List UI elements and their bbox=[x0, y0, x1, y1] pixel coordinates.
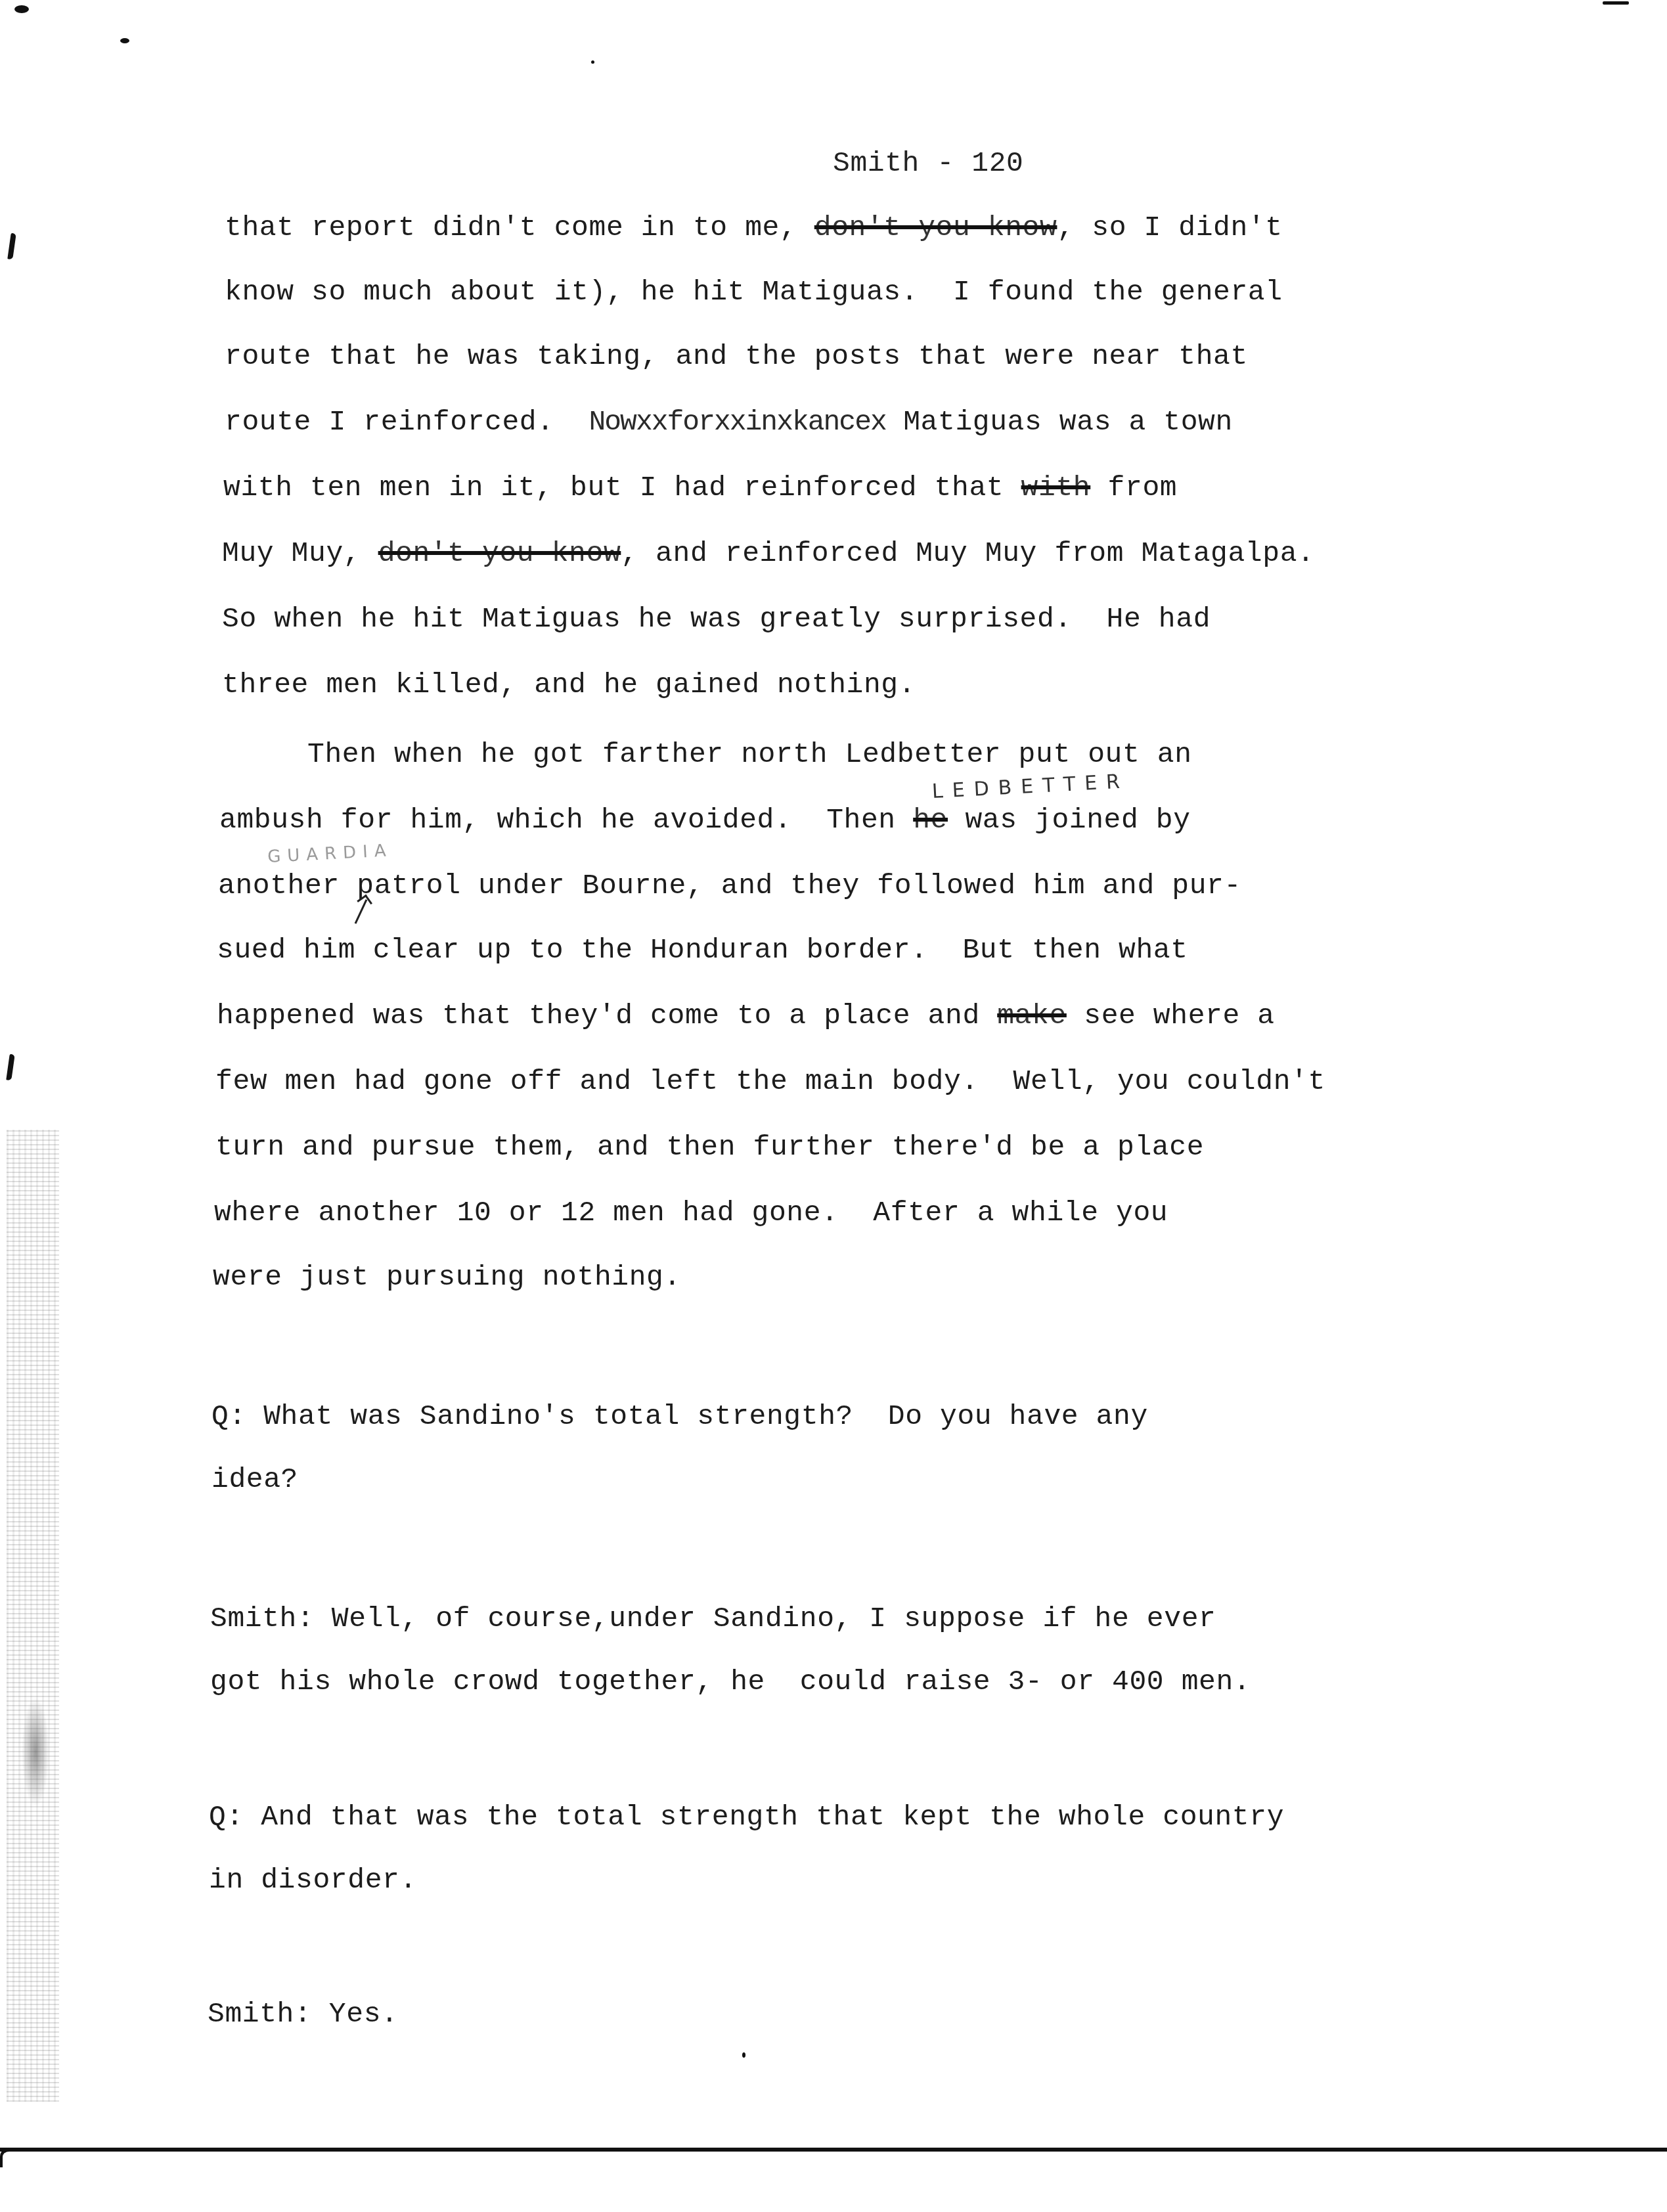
page-bottom-edge-corner bbox=[0, 2148, 21, 2167]
scan-mark bbox=[7, 233, 16, 260]
text-line: route I reinforced. Nowxxforxxinxkancex … bbox=[225, 406, 1233, 439]
text-segment: , and reinforced Muy Muy from Matagalpa. bbox=[621, 537, 1314, 569]
answer-line: got his whole crowd together, he could r… bbox=[210, 1666, 1251, 1698]
text-line: another patrol under Bourne, and they fo… bbox=[218, 870, 1241, 902]
handwritten-annotation: GUARDIA bbox=[267, 841, 393, 867]
text-segment: route I reinforced. bbox=[225, 406, 589, 438]
text-line: ambush for him, which he avoided. Then h… bbox=[219, 804, 1191, 837]
text-segment: with ten men in it, but I had reinforced… bbox=[223, 472, 1021, 504]
text-segment: , so I didn't bbox=[1057, 211, 1282, 244]
text-segment: see where a bbox=[1067, 1000, 1275, 1032]
text-line: Then when he got farther north Ledbetter… bbox=[221, 738, 1192, 771]
page-header: Smith - 120 bbox=[833, 147, 1023, 180]
answer-line: Smith: Well, of course,under Sandino, I … bbox=[210, 1603, 1216, 1635]
struck-text: make bbox=[997, 1000, 1067, 1032]
text-line: with ten men in it, but I had reinforced… bbox=[223, 472, 1177, 504]
text-segment: happened was that they'd come to a place… bbox=[217, 1000, 997, 1032]
scan-margin-noise bbox=[7, 1130, 59, 2102]
text-line: that report didn't come in to me, don't … bbox=[225, 211, 1283, 244]
text-line: three men killed, and he gained nothing. bbox=[222, 669, 916, 701]
scan-speck bbox=[14, 5, 29, 13]
scan-mark bbox=[6, 1054, 14, 1081]
text-segment: that report didn't come in to me, bbox=[225, 211, 814, 244]
text-line: route that he was taking, and the posts … bbox=[225, 340, 1248, 373]
typed-transcript-page: Smith - 120 that report didn't come in t… bbox=[0, 0, 1667, 2212]
text-line: know so much about it), he hit Matiguas.… bbox=[225, 276, 1283, 309]
scan-speck bbox=[1603, 1, 1629, 5]
struck-text: don't you know bbox=[378, 537, 621, 569]
handwritten-annotation: LEDBETTER bbox=[931, 770, 1130, 803]
scan-speck bbox=[591, 60, 594, 64]
text-line: So when he hit Matiguas he was greatly s… bbox=[222, 603, 1211, 636]
text-line: few men had gone off and left the main b… bbox=[215, 1065, 1325, 1098]
question-line: Q: What was Sandino's total strength? Do… bbox=[211, 1400, 1148, 1433]
text-segment: Muy Muy, bbox=[222, 537, 378, 569]
struck-text: he bbox=[913, 804, 948, 836]
scan-speck bbox=[120, 38, 129, 43]
question-line: in disorder. bbox=[209, 1864, 417, 1897]
struck-text: with bbox=[1021, 472, 1091, 504]
text-line: happened was that they'd come to a place… bbox=[217, 1000, 1275, 1032]
question-line: Q: And that was the total strength that … bbox=[209, 1801, 1284, 1834]
text-segment: from bbox=[1090, 472, 1177, 504]
text-segment: ambush for him, which he avoided. Then bbox=[219, 804, 913, 836]
text-segment: was joined by bbox=[948, 804, 1191, 836]
text-line: where another 10 or 12 men had gone. Aft… bbox=[214, 1197, 1168, 1229]
text-line: turn and pursue them, and then further t… bbox=[215, 1131, 1204, 1164]
text-line: Muy Muy, don't you know, and reinforced … bbox=[222, 537, 1314, 570]
scan-speck bbox=[742, 2052, 745, 2058]
question-line: idea? bbox=[211, 1463, 298, 1496]
xed-out-text: Nowxxforxxinxkancex bbox=[589, 406, 886, 438]
insertion-caret-icon bbox=[355, 899, 368, 924]
struck-text: don't you know bbox=[814, 211, 1057, 244]
text-line: sued him clear up to the Honduran border… bbox=[217, 934, 1188, 967]
text-segment: Matiguas was a town bbox=[886, 406, 1233, 438]
page-bottom-edge bbox=[0, 2148, 1667, 2152]
text-line: were just pursuing nothing. bbox=[213, 1261, 681, 1294]
answer-line: Smith: Yes. bbox=[208, 1998, 398, 2031]
